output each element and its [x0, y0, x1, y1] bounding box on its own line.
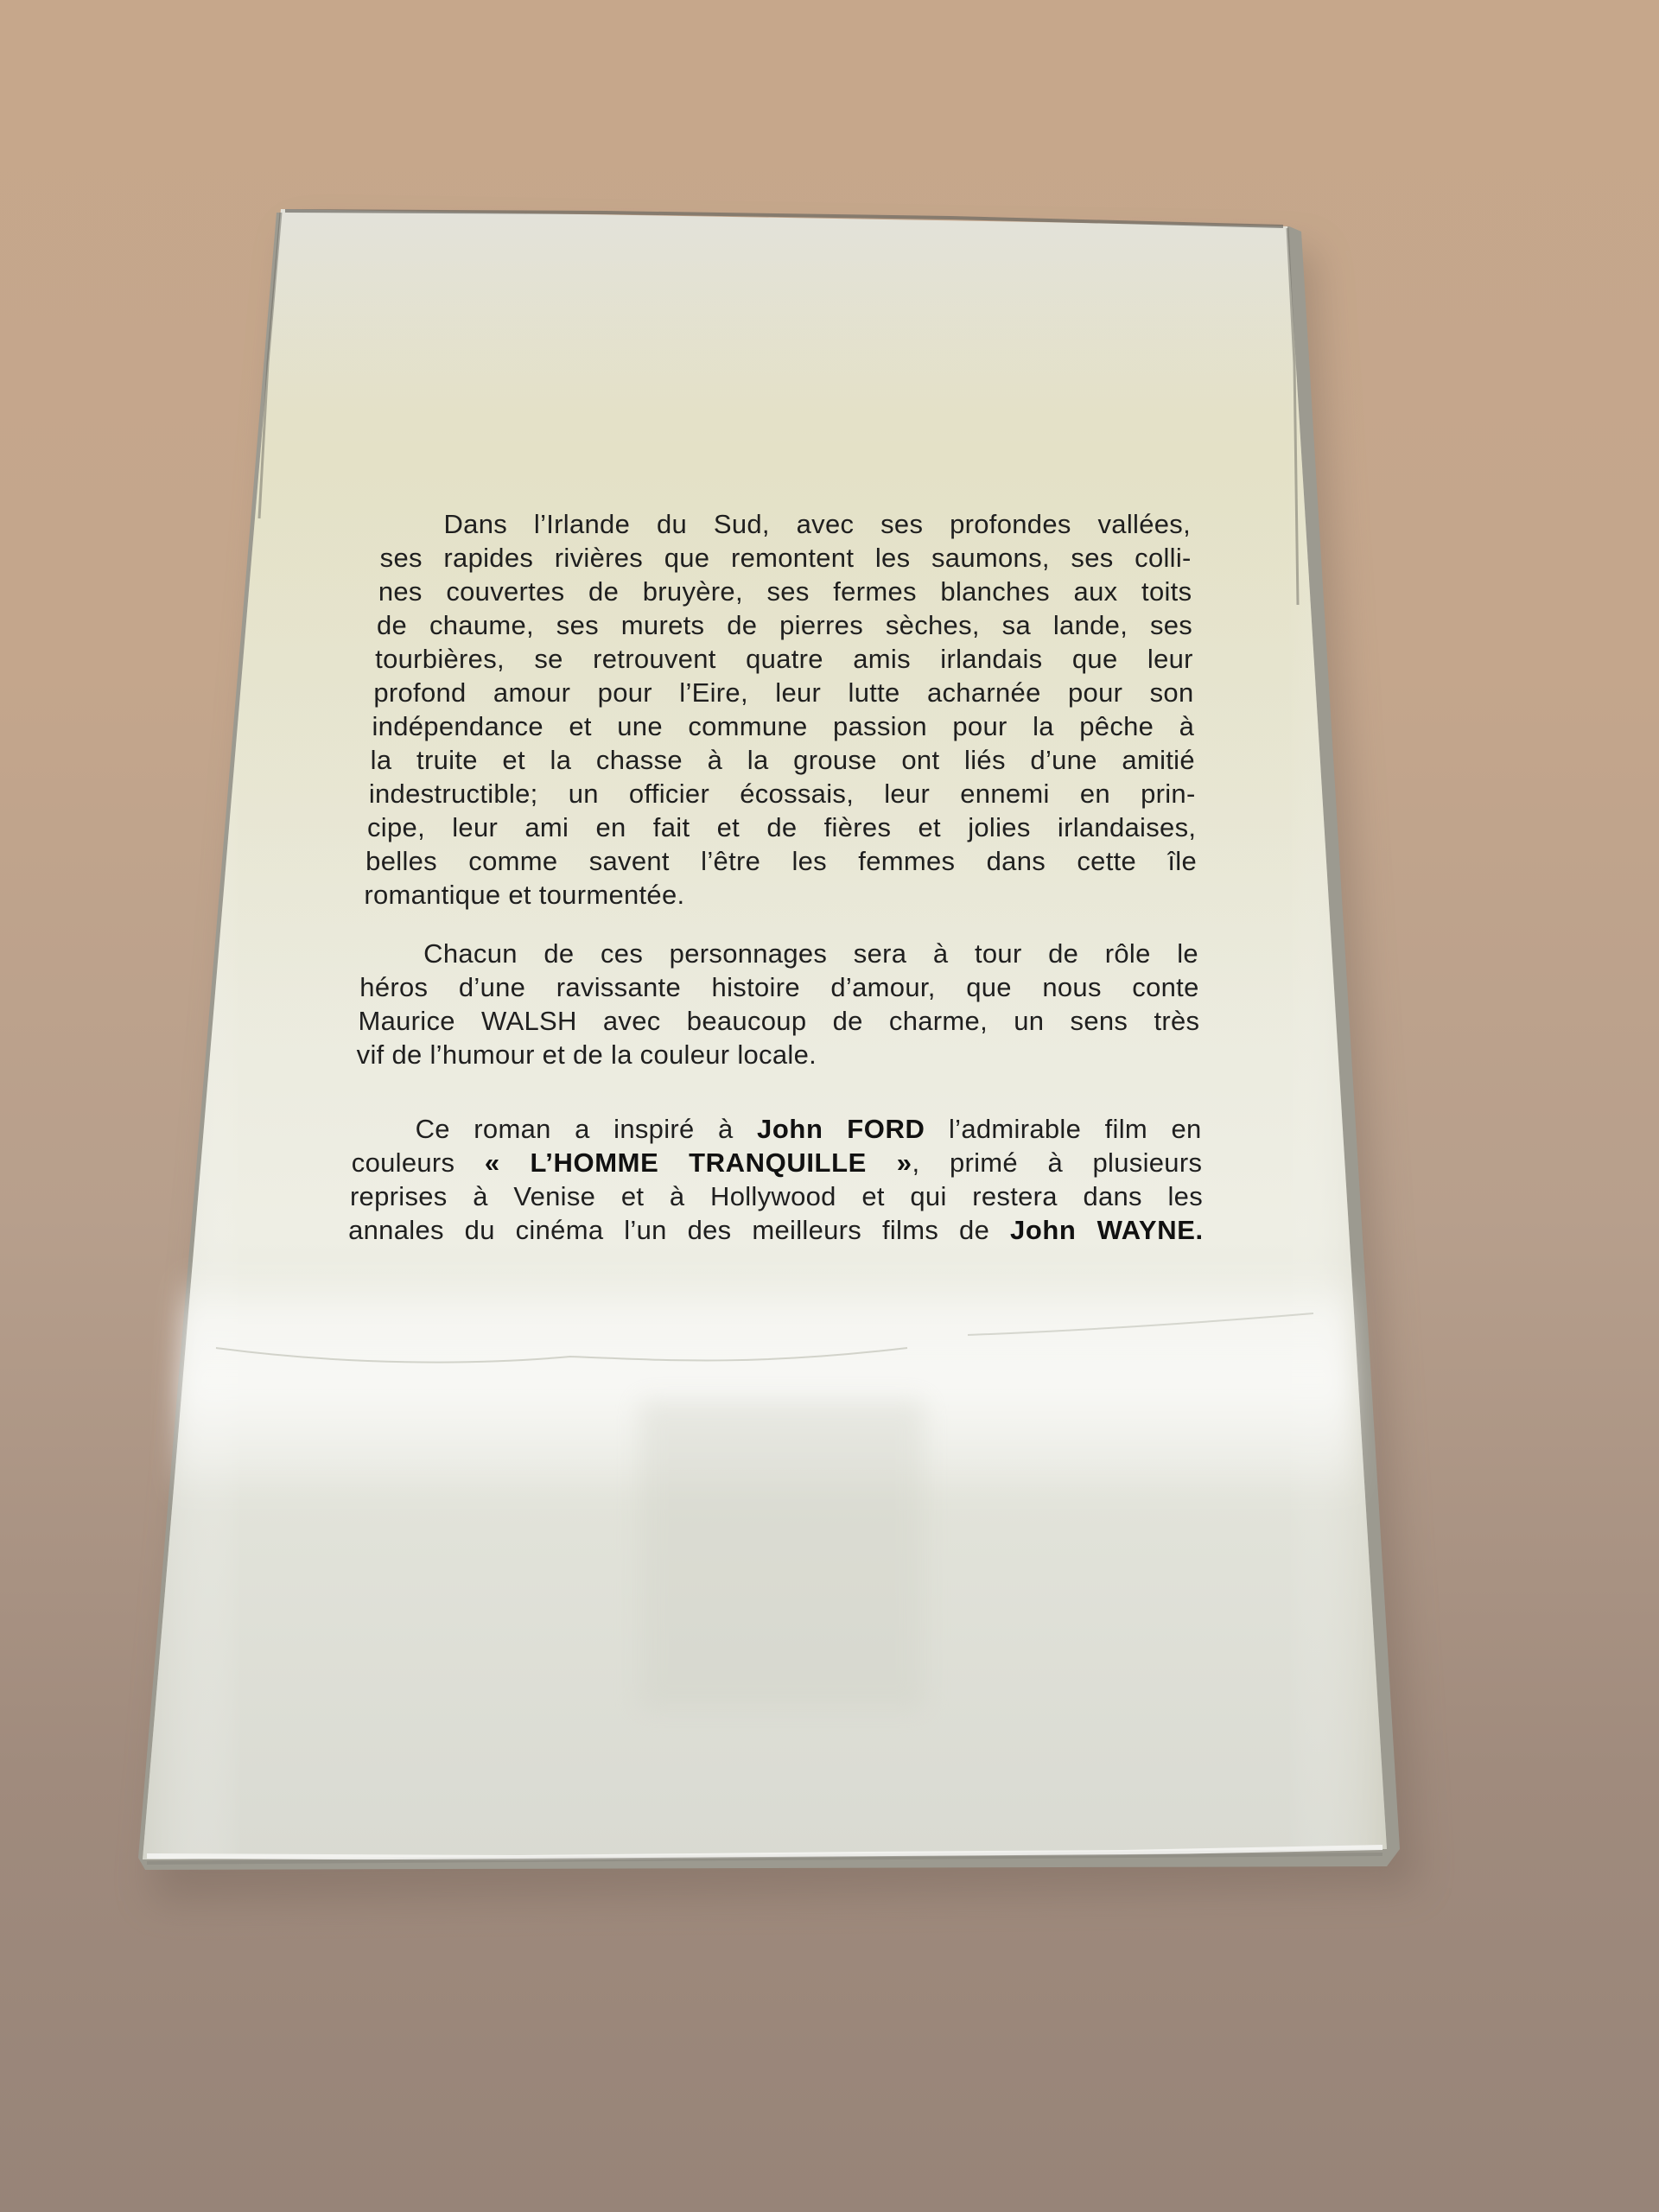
- text-segment: couleurs: [352, 1147, 485, 1178]
- bold-name: John FORD: [757, 1114, 925, 1144]
- blurb-line: indépendance et une commune passion pour…: [372, 710, 1195, 743]
- bold-name: « L’HOMME TRANQUILLE »: [485, 1147, 912, 1178]
- blurb-line: Chacun de ces personnages sera à tour de…: [423, 938, 1198, 970]
- blurb-line: Maurice WALSH avec beaucoup de charme, u…: [358, 1005, 1199, 1038]
- blurb-line: ses rapides rivières que remontent les s…: [380, 542, 1192, 575]
- blurb-line: héros d’une ravissante histoire d’amour,…: [359, 971, 1198, 1004]
- blurb-line: belles comme savent l’être les femmes da…: [365, 845, 1197, 878]
- blurb-line: de chaume, ses murets de pierres sèches,…: [377, 609, 1192, 642]
- text-segment: reprises à Venise et à Hollywood et qui …: [350, 1181, 1203, 1211]
- blurb-line: Dans l’Irlande du Sud, avec ses profonde…: [444, 508, 1191, 541]
- blurb-line: cipe, leur ami en fait et de fières et j…: [367, 811, 1196, 844]
- book-back-cover: [0, 0, 1659, 2212]
- bold-name: John WAYNE.: [1010, 1215, 1204, 1245]
- blurb-line: nes couvertes de bruyère, ses fermes bla…: [378, 575, 1192, 608]
- photo-scene: Dans l’Irlande du Sud, avec ses profonde…: [0, 0, 1659, 2212]
- text-segment: , primé à plusieurs: [912, 1147, 1203, 1178]
- blurb-line: vif de l’humour et de la couleur locale.: [357, 1039, 817, 1071]
- blurb-line: reprises à Venise et à Hollywood et qui …: [350, 1180, 1203, 1213]
- text-segment: Ce roman a inspiré à: [416, 1114, 757, 1144]
- text-segment: l’admirable film en: [925, 1114, 1201, 1144]
- blurb-line: profond amour pour l’Eire, leur lutte ac…: [373, 677, 1193, 709]
- blurb-line: indestructible; un officier écossais, le…: [369, 778, 1196, 810]
- blurb-line: la truite et la chasse à la grouse ont l…: [371, 744, 1195, 777]
- blurb-line: tourbières, se retrouvent quatre amis ir…: [375, 643, 1193, 676]
- blurb-line: couleurs « L’HOMME TRANQUILLE », primé à…: [352, 1147, 1203, 1179]
- blurb-line: romantique et tourmentée.: [364, 879, 684, 912]
- blurb-line: annales du cinéma l’un des meilleurs fil…: [348, 1214, 1204, 1247]
- text-segment: annales du cinéma l’un des meilleurs fil…: [348, 1215, 1010, 1245]
- blurb-line: Ce roman a inspiré à John FORD l’admirab…: [416, 1113, 1202, 1146]
